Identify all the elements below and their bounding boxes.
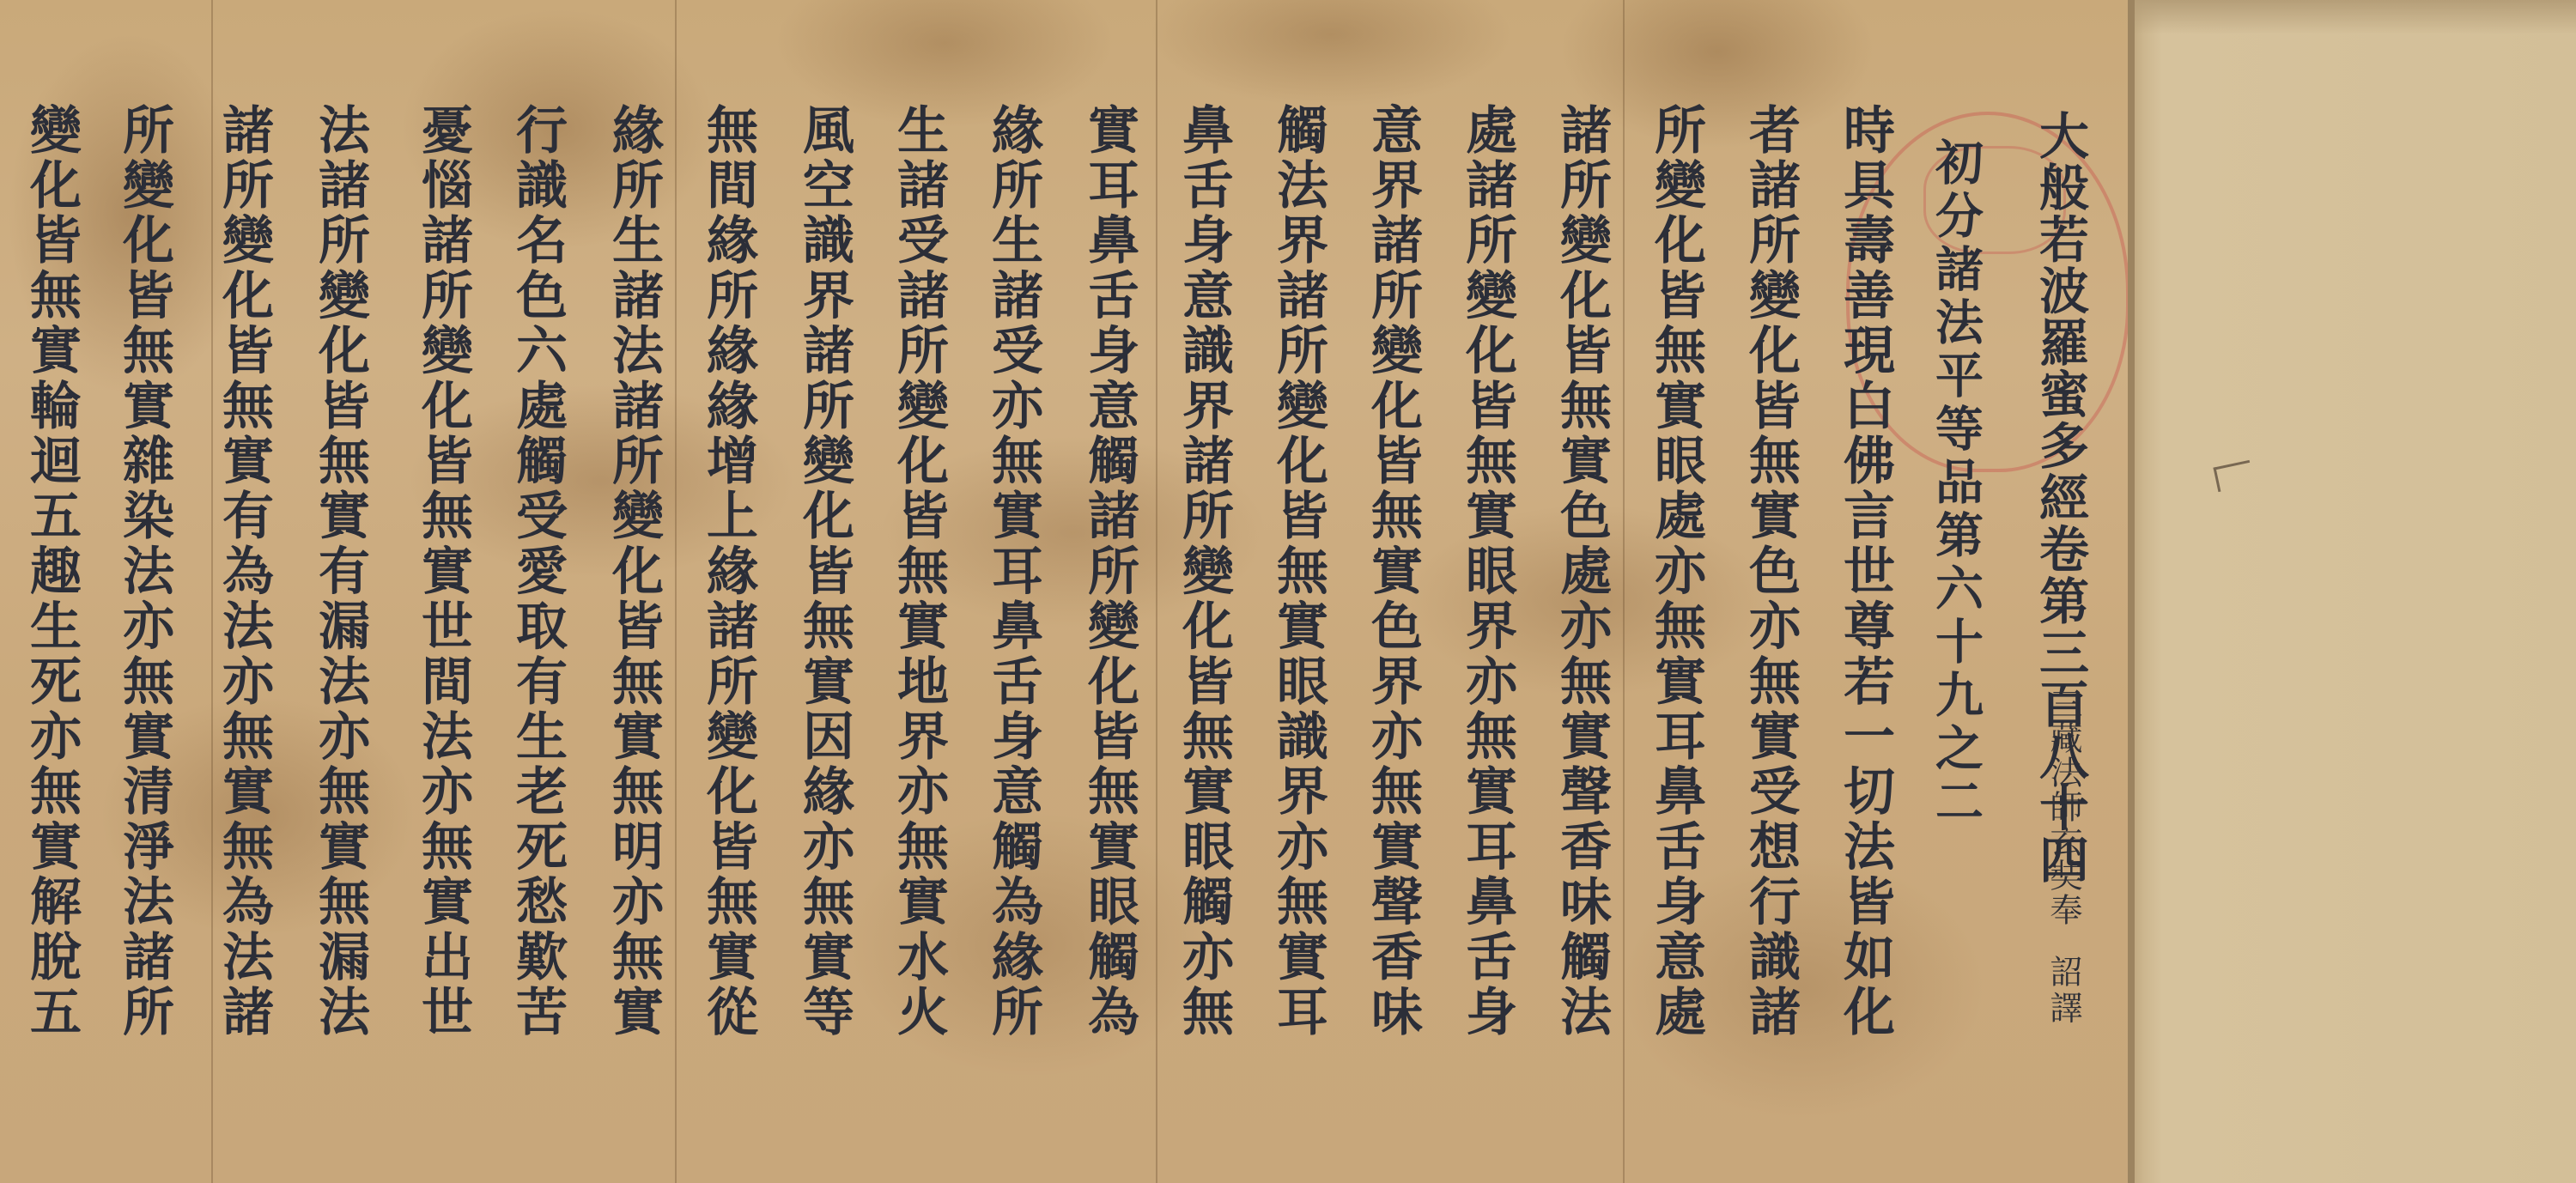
text-column: 生諸受諸所變化皆無實地界亦無實水火 [893,103,945,1040]
sheet-seam [1156,0,1157,1183]
sheet-seam [675,0,677,1183]
text-column: 時具壽善現白佛言世尊若一切法皆如化 [1839,103,1891,1040]
text-column: 處諸所變化皆無實眼界亦無實耳鼻舌身 [1461,103,1513,1040]
text-column: 者諸所變化皆無實色亦無實受想行識諸 [1745,103,1796,1040]
text-column: 緣所生諸受亦無實耳鼻舌身意觸為緣所 [987,103,1039,1040]
text-column: 行識名色六處觸受愛取有生老死愁歎苦 [512,103,563,1040]
translator-credit: 三藏法師玄奘奉 [2047,687,2080,927]
text-column: 實耳鼻舌身意觸諸所變化皆無實眼觸為 [1084,103,1135,1040]
sutra-scroll: 大般若波羅蜜多經卷第三百八十四 三藏法師玄奘奉 詔譯 初分諸法平等品第六十九之二… [0,0,2576,1183]
sheet-seam [211,0,213,1183]
backing-top-shadow [2128,0,2576,34]
text-column: 意界諸所變化皆無實色界亦無實聲香味 [1367,103,1419,1040]
text-column: 所變化皆無實雜染法亦無實清淨法諸所 [118,103,170,1040]
text-column: 所變化皆無實眼處亦無實耳鼻舌身意處 [1650,103,1702,1040]
backing-edge [2128,0,2135,1183]
text-column: 緣所生諸法諸所變化皆無實無明亦無實 [608,103,659,1040]
text-column: 風空識界諸所變化皆無實因緣亦無實等 [799,103,850,1040]
text-column: 憂惱諸所變化皆無實世間法亦無實出世 [417,103,469,1040]
mounting-backing-paper [2128,0,2576,1183]
sheet-seam [1623,0,1625,1183]
text-column: 變化皆無實輪迴五趣生死亦無實解脫五 [26,103,77,1040]
text-column: 無間緣所緣緣增上緣諸所變化皆無實從 [702,103,754,1040]
text-column: 鼻舌身意識界諸所變化皆無實眼觸亦無 [1178,103,1230,1040]
edict-translation-note: 詔譯 [2047,955,2080,1027]
text-column: 觸法界諸所變化皆無實眼識界亦無實耳 [1273,103,1324,1040]
text-column: 法諸所變化皆無實有漏法亦無實無漏法 [314,103,366,1040]
text-column: 諸所變化皆無實色處亦無實聲香味觸法 [1556,103,1607,1040]
chapter-heading: 初分諸法平等品第六十九之二 [1932,137,1980,829]
text-column: 諸所變化皆無實有為法亦無實無為法諸 [218,103,270,1040]
